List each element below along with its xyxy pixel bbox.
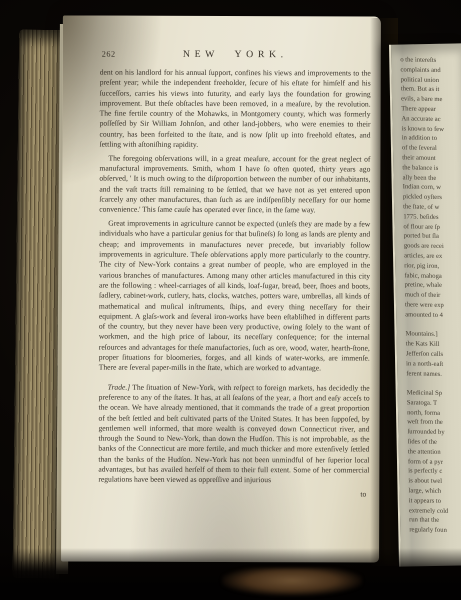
facing-book-page: o the intereſtscomplaints andpolitical u… [389, 43, 461, 566]
facing-page-line: 1775. beſides [403, 212, 461, 223]
paragraph-landlord-continuation: dent on his landlord for his annual ſupp… [99, 68, 370, 151]
paragraph-trade: Trade.] The ſituation of New-York, with … [98, 382, 369, 486]
facing-page-text-fragments: o the intereſtscomplaints andpolitical u… [400, 55, 461, 536]
facing-page-line: An accurate ac [401, 114, 461, 125]
facing-page-line: Saratoga. T [407, 398, 461, 409]
facing-page-line: ferent names. [406, 369, 461, 380]
page-header: 262 NEW YORK. [100, 50, 371, 62]
facing-page-line: complaints and [400, 65, 461, 76]
facing-page-line: in a north-eaſt [406, 359, 461, 370]
facing-page-line: regularly foun [409, 526, 461, 537]
facing-page-line: there were exp [405, 300, 461, 311]
paragraph-great-improvements: Great improvements in agriculture cannot… [99, 219, 371, 374]
page-number: 262 [102, 50, 116, 60]
facing-page-line: the balance is [402, 163, 461, 174]
trade-section-label: Trade.] [108, 382, 131, 391]
left-book-page: 262 NEW YORK. dent on his landlord for h… [61, 15, 381, 562]
facing-page-line: rior, pig iron, [404, 261, 461, 272]
book-photo: 262 NEW YORK. dent on his landlord for h… [0, 0, 461, 600]
worn-board-edge [222, 568, 362, 596]
page-text-column: 262 NEW YORK. dent on his landlord for h… [98, 50, 371, 504]
facing-page-line: amounted to 4 [405, 310, 461, 321]
facing-page-line: the attention [408, 447, 461, 458]
catchword: to [98, 489, 369, 500]
trade-section-text: The ſituation of New-York, with reſpect … [98, 382, 369, 484]
running-head: NEW YORK. [183, 49, 288, 60]
facing-page-line: it appears to [409, 496, 461, 507]
facing-page-line: articles, are ex [404, 251, 461, 262]
paragraph-foregoing-observations: The foregoing obſervations will, in a gr… [99, 153, 370, 216]
facing-page-line: Jefferſon calls [406, 349, 461, 360]
